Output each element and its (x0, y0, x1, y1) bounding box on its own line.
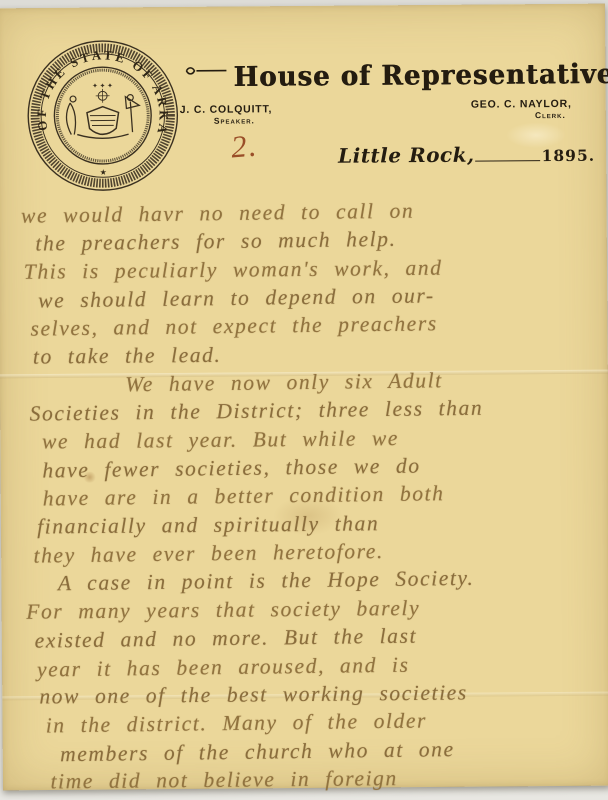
speaker-title: Speaker. (180, 115, 273, 126)
letter-body: we would havr no need to call on the pre… (21, 194, 608, 797)
letter-paper: SEAL OF THE STATE OF ARKANSAS ★ ✦ ✦ ✦ Ho… (0, 4, 608, 791)
dateline-year: 1895. (541, 146, 595, 165)
dateline: Little Rock, 1895. (338, 142, 595, 168)
handwritten-line: now one of the best working societies (39, 677, 607, 711)
dateline-blank-rule (475, 147, 540, 162)
flourish-left-icon (183, 65, 229, 77)
clerk-name: GEO. C. NAYLOR, (471, 98, 572, 111)
handwritten-line: This is peculiarly woman's work, and (24, 252, 602, 286)
handwritten-line: time did not believe in foreign (50, 762, 608, 796)
official-clerk: GEO. C. NAYLOR, Clerk. (471, 98, 572, 121)
official-speaker: J. C. COLQUITT, Speaker. (180, 103, 273, 126)
svg-text:✦ ✦ ✦: ✦ ✦ ✦ (92, 82, 113, 90)
handwritten-line: For many years that society barely (26, 592, 606, 626)
arkansas-state-seal-icon: SEAL OF THE STATE OF ARKANSAS ★ ✦ ✦ ✦ (23, 35, 182, 196)
masthead: House of Representatives (183, 60, 593, 93)
speaker-name: J. C. COLQUITT, (180, 103, 273, 116)
clerk-title: Clerk. (471, 110, 572, 121)
handwritten-line: financially and spiritually than (37, 507, 605, 541)
handwritten-line: we had last year. But while we (42, 422, 604, 456)
seal-emblem: ✦ ✦ ✦ (66, 82, 139, 139)
dateline-place: Little Rock, (338, 143, 475, 168)
handwritten-page-number: 2. (230, 127, 260, 165)
masthead-title: House of Representatives (233, 59, 608, 94)
seal-star-ornament: ★ (100, 168, 107, 177)
handwritten-line: to take the lead. (33, 337, 603, 371)
